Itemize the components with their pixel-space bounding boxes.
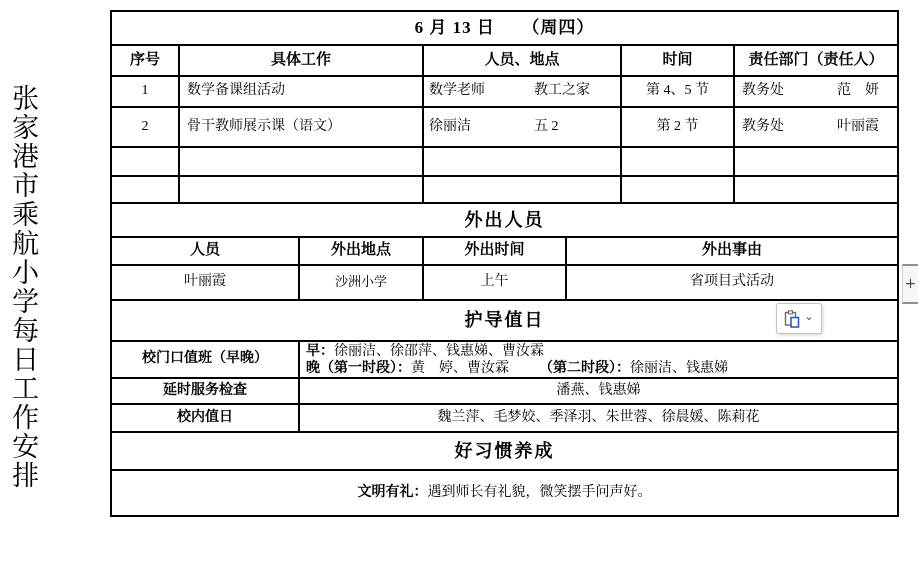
paste-options-button[interactable]: ⌄ [776,303,822,334]
duty-gate-label: 校门口值班（早晚） [112,342,298,377]
cell-dept-name: 教务处 [742,119,837,135]
cell-time [620,177,733,202]
duty-delay-row: 延时服务检查 潘燕、钱惠娣 [112,377,897,403]
outing-header-row: 人员 外出地点 外出时间 外出事由 [112,236,897,264]
cell-person: 徐丽洁 [429,119,534,135]
outing-section-title: 外出人员 [112,204,897,236]
duty-gate-morning-label: 早： [306,344,334,359]
cell-person-place [422,148,620,175]
habit-section-title: 好习惯养成 [112,433,897,469]
duty-gate-evening-names: 黄 婷、曹汝霖 [411,361,509,376]
cell-place: 五 2 [534,119,559,135]
duty-gate-line2: 晚（第一时段）：黄 婷、曹汝霖（第二时段）：徐丽洁、钱惠娣 [306,360,728,377]
header-out-time: 外出时间 [422,238,565,264]
cell-time [620,148,733,175]
cell-out-person: 叶丽霞 [112,266,298,299]
duty-gate-evening2-names: 徐丽洁、钱惠娣 [630,361,728,376]
cell-person-place [422,177,620,202]
clipboard-paste-icon [784,310,800,328]
outing-section-row: 外出人员 [112,202,897,236]
document-page: 张家港市乘航小学每日工作安排 6 月 13 日 （周四） 序号 具体工作 人员、… [0,0,918,562]
header-out-reason: 外出事由 [565,238,897,264]
header-task: 具体工作 [178,46,422,75]
duty-campus-row: 校内值日 魏兰萍、毛梦姣、季泽羽、朱世蓉、徐晨媛、陈莉花 [112,403,897,431]
date-title: 6 月 13 日 （周四） [112,12,897,44]
cell-out-place: 沙洲小学 [298,266,422,299]
table-row: 1 数学备课组活动 数学老师 教工之家 第 4、5 节 教务处 范 妍 [112,75,897,106]
cell-no [112,177,178,202]
cell-dept-name: 教务处 [742,83,837,99]
cell-out-reason: 省项目式活动 [565,266,897,299]
header-out-person: 人员 [112,238,298,264]
duty-gate-content: 早：徐丽洁、徐邵萍、钱惠娣、曹汝霖 晚（第一时段）：黄 婷、曹汝霖（第二时段）：… [298,342,897,377]
cell-task: 骨干教师展示课（语文） [178,108,422,146]
habit-content-row: 文明有礼：遇到师长有礼貌，微笑摆手问声好。 [112,469,897,515]
header-dept: 责任部门（责任人） [733,46,897,75]
cell-task [178,148,422,175]
schedule-header-row: 序号 具体工作 人员、地点 时间 责任部门（责任人） [112,44,897,75]
cell-no: 1 [112,77,178,106]
cell-task: 数学备课组活动 [178,77,422,106]
cell-time: 第 4、5 节 [620,77,733,106]
cell-owner: 叶丽霞 [837,119,879,135]
duty-gate-row: 校门口值班（早晚） 早：徐丽洁、徐邵萍、钱惠娣、曹汝霖 晚（第一时段）：黄 婷、… [112,340,897,377]
table-row: 2 骨干教师展示课（语文） 徐丽洁 五 2 第 2 节 教务处 叶丽霞 [112,106,897,146]
duty-delay-label: 延时服务检查 [112,379,298,403]
habit-item-text: 遇到师长有礼貌，微笑摆手问声好。 [428,485,652,501]
cell-dept [733,148,897,175]
cell-person: 数学老师 [429,83,534,99]
header-no: 序号 [112,46,178,75]
chevron-down-icon: ⌄ [804,311,813,322]
habit-content: 文明有礼：遇到师长有礼貌，微笑摆手问声好。 [112,471,897,515]
duty-delay-content: 潘燕、钱惠娣 [298,379,897,403]
cell-dept [733,177,897,202]
cell-out-time: 上午 [422,266,565,299]
outing-row: 叶丽霞 沙洲小学 上午 省项目式活动 [112,264,897,299]
cell-no: 2 [112,108,178,146]
cell-dept: 教务处 范 妍 [733,77,897,106]
header-time: 时间 [620,46,733,75]
cell-place: 教工之家 [534,83,590,99]
duty-gate-morning-names: 徐丽洁、徐邵萍、钱惠娣、曹汝霖 [334,344,544,359]
habit-item-label: 文明有礼： [358,485,428,501]
cell-no [112,148,178,175]
habit-section-row: 好习惯养成 [112,431,897,469]
table-row-empty [112,146,897,175]
cell-person-place: 数学老师 教工之家 [422,77,620,106]
duty-gate-line1: 早：徐丽洁、徐邵萍、钱惠娣、曹汝霖 [306,343,544,360]
cell-dept: 教务处 叶丽霞 [733,108,897,146]
cell-person-place: 徐丽洁 五 2 [422,108,620,146]
header-out-place: 外出地点 [298,238,422,264]
header-person-place: 人员、地点 [422,46,620,75]
duty-campus-content: 魏兰萍、毛梦姣、季泽羽、朱世蓉、徐晨媛、陈莉花 [298,405,897,431]
table-row-empty [112,175,897,202]
daily-schedule-table: 6 月 13 日 （周四） 序号 具体工作 人员、地点 时间 责任部门（责任人）… [110,10,899,517]
cell-owner: 范 妍 [837,83,879,99]
date-title-row: 6 月 13 日 （周四） [112,12,897,44]
duty-gate-evening-label: 晚（第一时段）： [306,361,411,376]
duty-gate-evening2-label: （第二时段）： [539,361,630,376]
cell-task [178,177,422,202]
plus-button[interactable]: + [902,264,918,304]
duty-campus-label: 校内值日 [112,405,298,431]
page-title: 张家港市乘航小学每日工作安排 [8,84,37,490]
cell-time: 第 2 节 [620,108,733,146]
